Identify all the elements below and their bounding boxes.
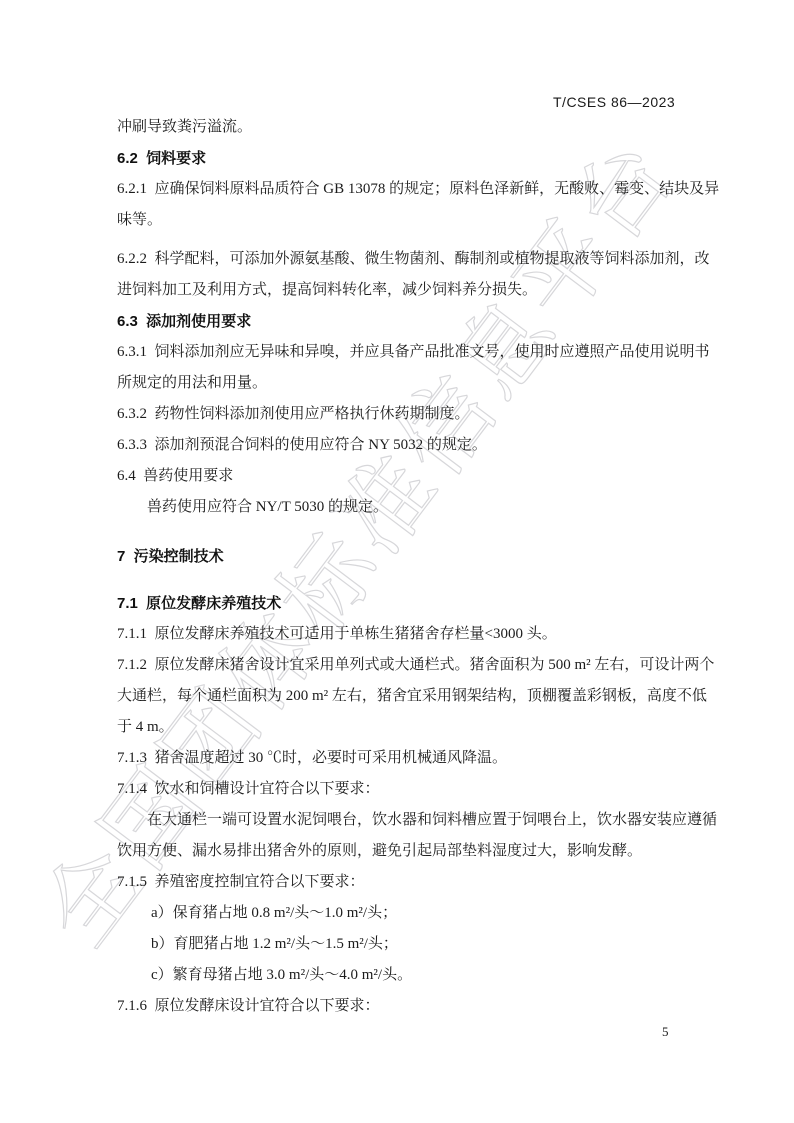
clause-7-1-1: 7.1.1 原位发酵床养殖技术可适用于单栋生猪猪舍存栏量<3000 头。 bbox=[117, 619, 711, 650]
clause-6-2-2-line-2: 进饲料加工及利用方式，提高饲料转化率，减少饲料养分损失。 bbox=[117, 275, 711, 306]
clause-6-3-1-line-1: 6.3.1 饲料添加剂应无异味和异嗅，并应具备产品批准文号，使用时应遵照产品使用… bbox=[117, 337, 711, 368]
clause-6-3-3: 6.3.3 添加剂预混合饲料的使用应符合 NY 5032 的规定。 bbox=[117, 430, 711, 461]
clause-6-2-1-line-1: 6.2.1 应确保饲料原料品质符合 GB 13078 的规定；原料色泽新鲜，无酸… bbox=[117, 174, 711, 205]
list-item-c: c）繁育母猪占地 3.0 m²/头～4.0 m²/头。 bbox=[117, 960, 711, 991]
clause-7-1-4-para-line-1: 在大通栏一端可设置水泥饲喂台，饮水器和饲料槽应置于饲喂台上，饮水器安装应遵循 bbox=[117, 805, 711, 836]
clause-6-3-1-line-2: 所规定的用法和用量。 bbox=[117, 368, 711, 399]
document-body: 冲刷导致粪污溢流。 6.2 饲料要求 6.2.1 应确保饲料原料品质符合 GB … bbox=[117, 112, 711, 1022]
clause-6-2-2-line-1: 6.2.2 科学配料，可添加外源氨基酸、微生物菌剂、酶制剂或植物提取液等饲料添加… bbox=[117, 244, 711, 275]
clause-6-4-body: 兽药使用应符合 NY/T 5030 的规定。 bbox=[117, 492, 711, 523]
clause-7-1-4-para-line-2: 饮用方便、漏水易排出猪舍外的原则，避免引起局部垫料湿度过大，影响发酵。 bbox=[117, 836, 711, 867]
clause-7-1-2-line-1: 7.1.2 原位发酵床猪舍设计宜采用单列式或大通栏式。猪舍面积为 500 m² … bbox=[117, 650, 711, 681]
heading-7-1: 7.1 原位发酵床养殖技术 bbox=[117, 588, 711, 619]
header-standard-reference: T/CSES 86—2023 bbox=[553, 94, 675, 110]
clause-7-1-4: 7.1.4 饮水和饲槽设计宜符合以下要求： bbox=[117, 774, 711, 805]
heading-6-2: 6.2 饲料要求 bbox=[117, 143, 711, 174]
clause-6-2-1-line-2: 味等。 bbox=[117, 205, 711, 236]
body-line-continuation: 冲刷导致粪污溢流。 bbox=[117, 112, 711, 143]
clause-7-1-6: 7.1.6 原位发酵床设计宜符合以下要求： bbox=[117, 991, 711, 1022]
document-page: 全国团体标准信息平台 T/CSES 86—2023 冲刷导致粪污溢流。 6.2 … bbox=[0, 0, 794, 1123]
heading-6-4: 6.4 兽药使用要求 bbox=[117, 461, 711, 492]
heading-6-3: 6.3 添加剂使用要求 bbox=[117, 306, 711, 337]
page-number: 5 bbox=[662, 1024, 669, 1040]
list-item-b: b）育肥猪占地 1.2 m²/头～1.5 m²/头； bbox=[117, 929, 711, 960]
clause-6-3-2: 6.3.2 药物性饲料添加剂使用应严格执行休药期制度。 bbox=[117, 399, 711, 430]
clause-7-1-2-line-2: 大通栏，每个通栏面积为 200 m² 左右，猪舍宜采用钢架结构，顶棚覆盖彩钢板，… bbox=[117, 681, 711, 712]
list-item-a: a）保育猪占地 0.8 m²/头～1.0 m²/头； bbox=[117, 898, 711, 929]
clause-7-1-3: 7.1.3 猪舍温度超过 30 ℃时，必要时可采用机械通风降温。 bbox=[117, 743, 711, 774]
heading-7: 7 污染控制技术 bbox=[117, 541, 711, 572]
clause-7-1-5: 7.1.5 养殖密度控制宜符合以下要求： bbox=[117, 867, 711, 898]
clause-7-1-2-line-3: 于 4 m。 bbox=[117, 712, 711, 743]
